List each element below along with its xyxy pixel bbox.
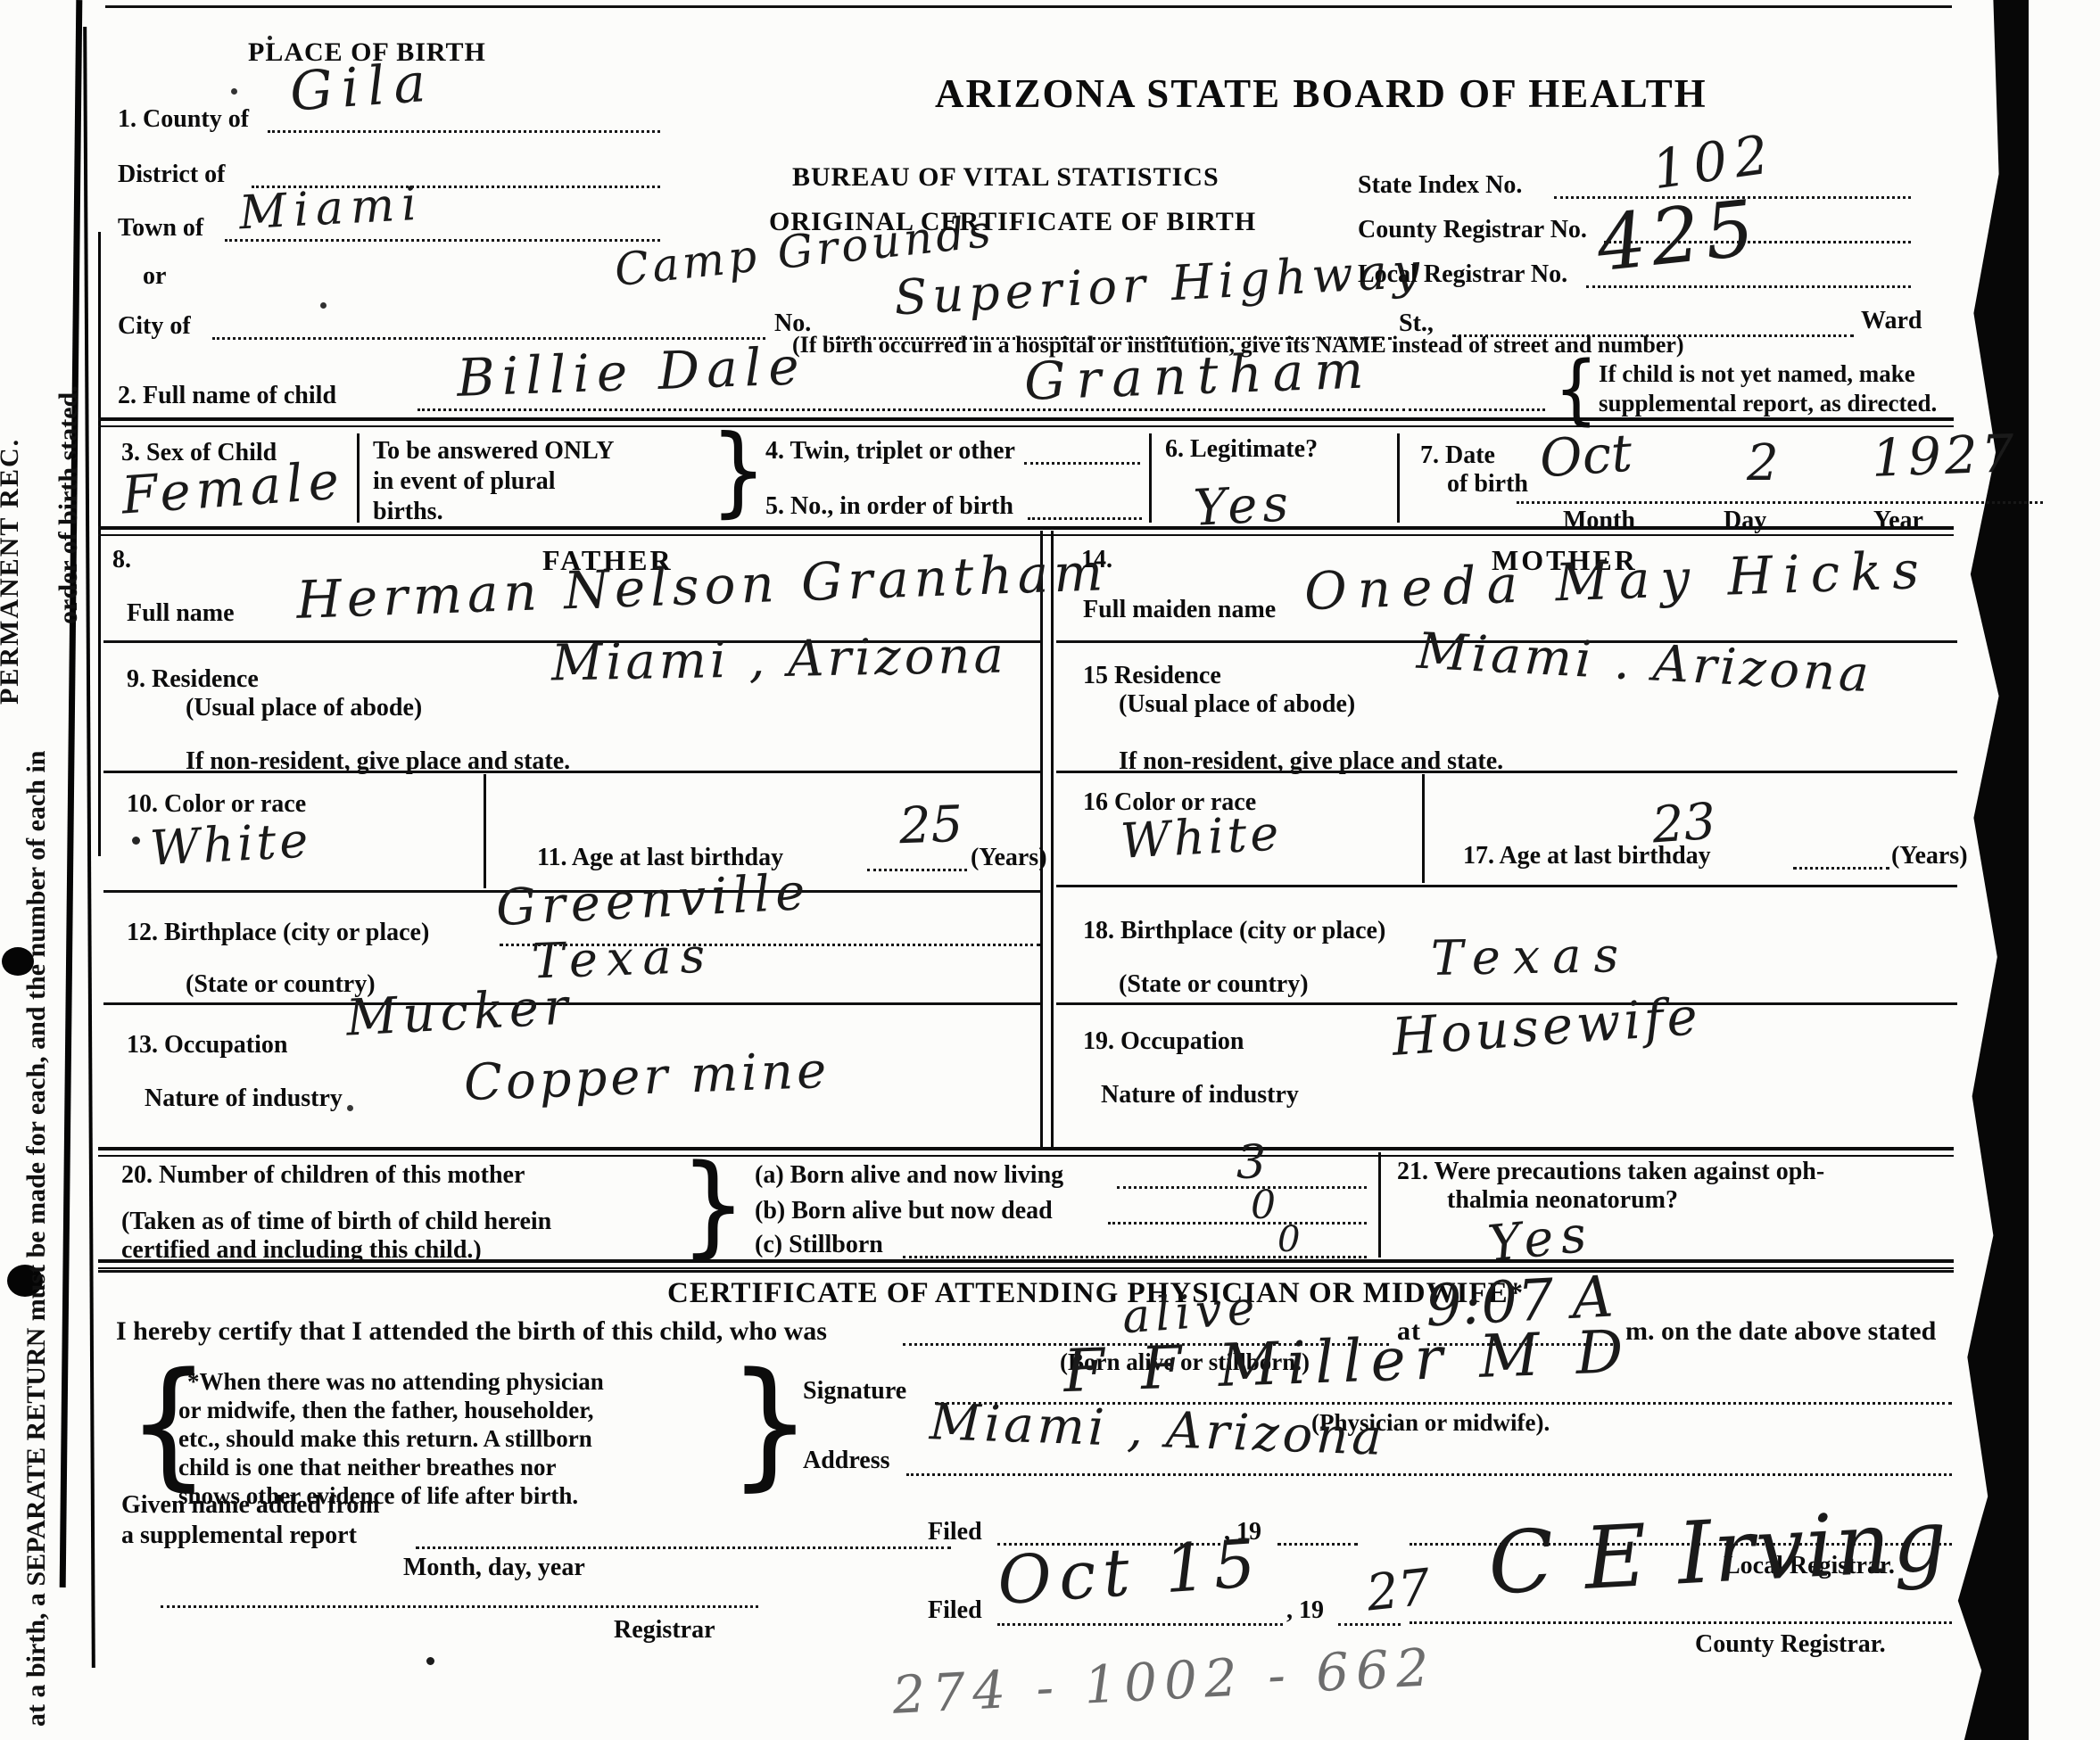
given-name-label-2: a supplemental report [121,1521,357,1550]
address-label: Address [803,1447,890,1475]
city-label: City of [118,312,191,341]
district-label: District of [118,161,226,189]
plural-brace: } [710,422,767,520]
certify-text: I hereby certify that I attended the bir… [116,1316,827,1348]
mother-color-rule [1056,885,1957,887]
local-registrar-no-label: Local Registrar No. [1358,260,1567,289]
father-occupation-value: Mucker [345,982,575,1043]
father-birthplace-value: Greenville [495,868,812,934]
address-line [906,1473,1952,1476]
parents-center-divider [1040,531,1054,1150]
row3-divider-2 [1149,433,1152,523]
plural-note-line1: To be answered ONLY [373,437,614,466]
scan-edge-line [60,0,83,1587]
county-label: 1. County of [118,105,249,134]
mother-age-line [1793,867,1889,870]
given-name-label-1: Given name added from [121,1491,380,1520]
plural-note-line2: in event of plural [373,467,556,496]
father-age-years-label: (Years) [971,844,1047,872]
margin-note-fragment: PERMANENT REC. [0,438,25,705]
father-residence-rule [103,771,1040,773]
mother-occupation-label: 19. Occupation [1083,1027,1244,1056]
top-rule [105,5,1952,8]
filed2-date-value: Oct 15 [996,1530,1265,1615]
father-fullname-value: Herman Nelson Grantham [295,546,1109,626]
plural-note-line3: births. [373,498,443,526]
filed2-line [997,1623,1283,1626]
mother-maiden-value: Oneda May Hicks [1303,544,1931,617]
birth-certificate-scan: at a birth, a SEPARATE RETURN must be ma… [0,0,2100,1740]
margin-note-line2: order of birth stated. [54,385,84,624]
county-line [268,130,660,133]
physician-note-brace-close: } [728,1354,812,1492]
mother-maiden-label: Full maiden name [1083,596,1276,624]
mother-abode-label: (Usual place of abode) [1119,690,1355,719]
bureau-subtitle: BUREAU OF VITAL STATISTICS [792,162,1219,194]
county-registrar-signature-line [1410,1621,1952,1624]
mother-industry-label: Nature of industry [1101,1081,1299,1109]
date-of-birth-label-1: 7. Date [1420,441,1495,470]
filed2-year-value: 27 [1364,1563,1433,1619]
pencil-index-number: 274 - 1002 - 662 [891,1641,1437,1721]
born-dead-line [1108,1222,1367,1225]
stillborn-value: 0 [1277,1222,1300,1258]
mother-occupation-value: Housewife [1390,990,1702,1063]
father-occupation-label: 13. Occupation [127,1031,287,1060]
precautions-label-1: 21. Were precautions taken against oph- [1397,1158,1824,1186]
father-birthplace-label: 12. Birthplace (city or place) [127,919,429,947]
born-dead-label: (b) Born alive but now dead [755,1197,1053,1225]
board-title: ARIZONA STATE BOARD OF HEALTH [935,71,1707,118]
date-day-value: 2 [1747,439,1779,489]
mother-residence-value: Miami . Arizona [1416,627,1873,701]
after-time-text: m. on the date above stated [1625,1316,1936,1348]
filed2-year-line [1338,1623,1401,1626]
physician-note-1: *When there was no attending physician [187,1368,604,1396]
unnamed-note-line1: If child is not yet named, make [1599,360,1915,388]
mother-state-value: Texas [1431,931,1632,983]
address-value: Miami , Arizona [929,1398,1385,1464]
physician-signature-value: F F Miller M D [1062,1323,1633,1401]
father-color-value: White [149,816,313,872]
child-name-line [418,408,1399,411]
born-living-value: 3 [1236,1140,1266,1186]
date-year-value: 1927 [1871,427,2019,484]
father-industry-label: Nature of industry [145,1084,343,1113]
unnamed-note-line2: supplemental report, as directed. [1599,390,1937,417]
county-registrar-no-label: County Registrar No. [1358,216,1587,244]
filed2-nineteen: , 19 [1286,1596,1324,1625]
father-section-number: 8. [112,546,131,574]
mother-residence-rule [1056,771,1957,773]
physician-note-3: etc., should make this return. A stillbo… [178,1425,592,1453]
or-label: or [143,262,166,291]
registrar-line [161,1605,758,1608]
twin-label: 4. Twin, triplet or other [765,437,1015,466]
mother-residence-label: 15 Residence [1083,662,1221,690]
father-industry-value: Copper mine [463,1046,831,1109]
mother-age-value: 23 [1650,797,1717,852]
father-residence-label: 9. Residence [127,665,259,694]
mother-age-years-label: (Years) [1891,842,1968,870]
twin-line [1024,462,1140,465]
registrar-caption: Registrar [614,1616,715,1645]
filed2-label: Filed [928,1596,982,1625]
row3-divider-1 [357,433,360,523]
registrar-signature-value: C E Irving [1486,1497,1951,1607]
born-dead-value: 0 [1251,1186,1276,1225]
scan-edge-line [83,27,95,1668]
certificate-heading: CERTIFICATE OF ATTENDING PHYSICIAN OR MI… [667,1277,1524,1311]
filed1-label: Filed [928,1518,982,1546]
filed1-year-line [1277,1543,1358,1546]
county-value: Gila [288,55,436,119]
order-label: 5. No., in order of birth [765,492,1013,521]
father-age-value: 25 [898,800,963,852]
child-name-label: 2. Full name of child [118,382,336,410]
order-line [1028,517,1142,520]
town-line [225,239,660,242]
sex-value: Female [120,454,345,521]
children-count-label: 20. Number of children of this mother [121,1161,525,1190]
physician-note-2: or midwife, then the father, householder… [178,1397,594,1424]
children-taken-note-1: (Taken as of time of birth of child here… [121,1208,551,1236]
local-registrar-no-line [1586,285,1911,288]
margin-note-line1: at a birth, a SEPARATE RETURN must be ma… [21,751,52,1728]
date-month-value: Oct [1538,426,1633,484]
father-residence-value: Miami , Arizona [551,631,1008,689]
child-name-last: Grantham [1023,343,1375,408]
mother-birthplace-label: 18. Birthplace (city or place) [1083,917,1385,945]
county-registrar-no-value: 425 [1593,190,1763,284]
signature-label: Signature [803,1377,906,1406]
scan-edge-line [98,232,101,856]
physician-note-4: child is one that neither breathes nor [178,1454,557,1481]
mother-section-number: 14. [1081,546,1112,574]
date-of-birth-label-2: of birth [1447,470,1528,499]
original-cert-subtitle: ORIGINAL CERTIFICATE OF BIRTH [769,207,1256,238]
father-abode-label: (Usual place of abode) [186,694,422,722]
legitimate-label: 6. Legitimate? [1165,435,1318,464]
born-living-label: (a) Born alive and now living [755,1161,1063,1190]
stillborn-label: (c) Stillborn [755,1231,883,1259]
mother-color-age-divider [1422,774,1425,883]
rule-above-certificate-2 [98,1270,1954,1273]
town-label: Town of [118,214,203,243]
rule-above-row3 [98,417,1954,427]
father-color-age-divider [484,774,486,888]
rule-below-parents [98,1147,1954,1157]
date-line [1517,501,2043,504]
town-value: Miami [238,181,425,237]
county-registrar-caption: County Registrar. [1695,1630,1886,1659]
ward-label: Ward [1861,307,1922,335]
row3-divider-3 [1397,433,1400,523]
children-brace: } [680,1150,747,1260]
state-index-label: State Index No. [1358,171,1522,200]
rule-above-certificate [98,1259,1954,1269]
father-fullname-label: Full name [127,599,235,628]
child-name-first: Billie Dale [456,340,806,404]
mother-state-label: (State or country) [1119,970,1309,999]
section20-21-divider [1378,1152,1381,1258]
month-day-year-caption: Month, day, year [403,1554,585,1582]
given-name-line [416,1546,951,1549]
father-age-line [867,869,967,871]
rule-below-row3 [98,526,1954,536]
mother-color-value: White [1120,809,1284,865]
unnamed-lead-line [1402,408,1545,411]
